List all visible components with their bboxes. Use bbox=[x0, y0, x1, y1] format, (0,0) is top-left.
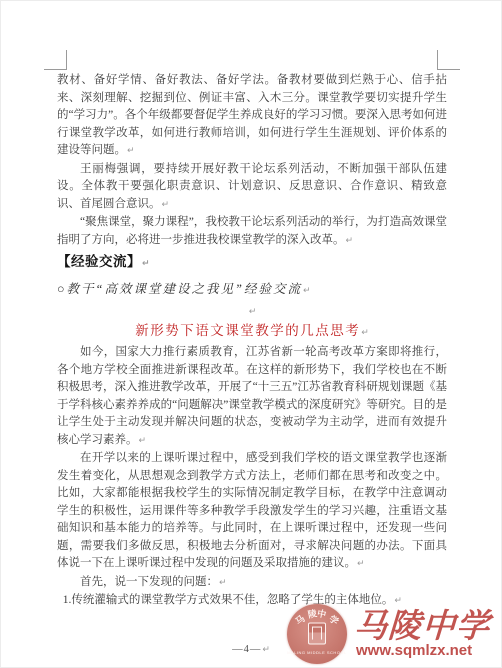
paragraph-mark-icon: ↵ bbox=[139, 436, 147, 446]
article-title: 新形势下语文课堂教学的几点思考↵ bbox=[57, 320, 447, 344]
paragraph-mark-icon: ↵ bbox=[262, 645, 270, 655]
seal-char: 马 bbox=[294, 614, 307, 627]
document-page: 教材、备好学情、备好教法、备好学法。备教材要做到烂熟于心、信手拈来、深刻理解、挖… bbox=[0, 0, 502, 668]
paragraph-mark-icon: ↵ bbox=[361, 328, 369, 338]
paragraph-mark-icon: ↵ bbox=[303, 286, 311, 296]
empty-line: ↵ bbox=[57, 304, 447, 320]
paragraph-4-text: 如今，国家大力推行素质教育，江苏省新一轮高考改革方案即将推行，各个地方学校全面推… bbox=[57, 346, 447, 446]
paragraph-5-text: 在开学以来的上课听课过程中，感受到我们学校的语文课堂教学也逐渐发生着变化，从思想… bbox=[57, 452, 447, 569]
paragraph-1: 教材、备好学情、备好教法、备好学法。备教材要做到烂熟于心、信手拈来、深刻理解、挖… bbox=[57, 72, 447, 161]
section-heading: 【经验交流】↵ bbox=[57, 250, 447, 276]
experience-exchange-item-text: ○教干“高效课堂建设之我见”经验交流 bbox=[57, 282, 302, 296]
document-body: 教材、备好学情、备好教法、备好学法。备教材要做到烂熟于心、信手拈来、深刻理解、挖… bbox=[57, 72, 447, 611]
experience-exchange-item: ○教干“高效课堂建设之我见”经验交流↵ bbox=[57, 276, 447, 304]
page-number: —4— bbox=[232, 644, 261, 655]
paragraph-4: 如今，国家大力推行素质教育，江苏省新一轮高考改革方案即将推行，各个地方学校全面推… bbox=[57, 344, 447, 450]
paragraph-6: 首先，说一下发现的问题：↵ bbox=[57, 574, 447, 593]
paragraph-1-text: 教材、备好学情、备好教法、备好学法。备教材要做到烂熟于心、信手拈来、深刻理解、挖… bbox=[57, 74, 447, 156]
seal-char: 中 bbox=[316, 609, 327, 620]
text-boundary-mark-top-right bbox=[437, 50, 460, 70]
school-watermark: 马 陵 中 学 MALING MIDDLE SCHOOL 马陵中学 www.sq… bbox=[287, 604, 490, 664]
paragraph-2-text: 王丽梅强调，要持续开展好教干论坛系列活动，不断加强干部队伍建设。全体教干要强化职… bbox=[57, 163, 447, 210]
paragraph-mark-icon: ↵ bbox=[346, 236, 354, 246]
paragraph-mark-icon: ↵ bbox=[357, 559, 365, 569]
paragraph-mark-icon: ↵ bbox=[127, 146, 135, 156]
school-name: 马陵中学 bbox=[353, 609, 491, 645]
paragraph-6-text: 首先，说一下发现的问题： bbox=[80, 576, 218, 588]
seal-char: 学 bbox=[327, 614, 340, 627]
article-title-text: 新形势下语文课堂教学的几点思考 bbox=[135, 323, 360, 338]
paragraph-mark-icon: ↵ bbox=[219, 578, 227, 588]
paragraph-3-text: “聚焦课堂，聚力课程”，我校教干论坛系列活动的举行，为打造高效课堂指明了方向，必… bbox=[57, 216, 447, 246]
paragraph-mark-icon: ↵ bbox=[142, 259, 150, 269]
section-heading-text: 【经验交流】 bbox=[57, 254, 141, 269]
paragraph-5: 在开学以来的上课听课过程中，感受到我们学校的语文课堂教学也逐渐发生着变化，从思想… bbox=[57, 450, 447, 574]
text-boundary-mark-top-left bbox=[44, 50, 67, 70]
paragraph-2: 王丽梅强调，要持续开展好教干论坛系列活动，不断加强干部队伍建设。全体教干要强化职… bbox=[57, 161, 447, 215]
paragraph-mark-icon: ↵ bbox=[162, 200, 170, 210]
school-seal-icon: 马 陵 中 学 MALING MIDDLE SCHOOL bbox=[287, 604, 347, 664]
page-footer: —4—↵ bbox=[0, 644, 502, 655]
paragraph-mark-icon: ↵ bbox=[249, 307, 257, 317]
seal-emblem-icon bbox=[308, 623, 326, 645]
paragraph-3: “聚焦课堂，聚力课程”，我校教干论坛系列活动的举行，为打造高效课堂指明了方向，必… bbox=[57, 214, 447, 250]
